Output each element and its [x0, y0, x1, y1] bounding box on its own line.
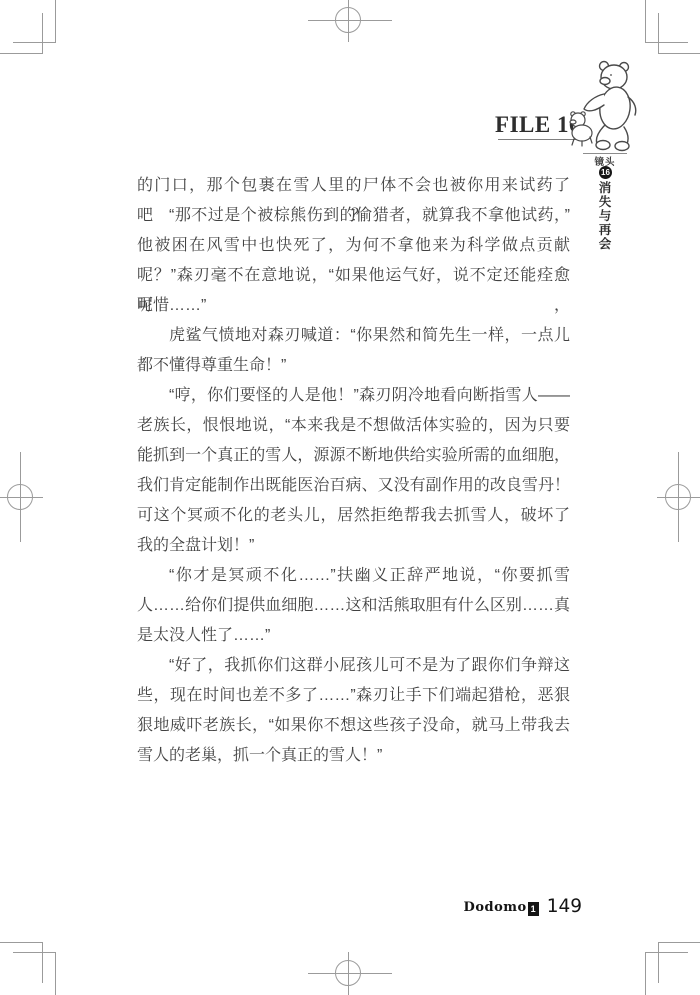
text-line: 雪人的老巢，抓一个真正的雪人！” — [137, 741, 570, 771]
text-line: 狠地威吓老族长，“如果你不想这些孩子没命，就马上带我去 — [137, 711, 570, 741]
crop-mark-top-right-inner — [658, 13, 700, 54]
chapter-title-char: 与 — [589, 209, 621, 223]
text-line: “你才是冥顽不化……”扶幽义正辞严地说，“你要抓雪 — [137, 561, 570, 591]
publisher-logo-mark: 1 — [528, 902, 539, 916]
text-line: 老族长，恨恨地说，“本来我是不想做活体实验的，因为只要 — [137, 411, 570, 441]
text-line: “那不过是个被棕熊伤到的偷猎者，就算我不拿他试药， — [137, 201, 570, 231]
chapter-title-vertical: 消失与再会 — [589, 181, 621, 251]
crop-mark-bottom-right-inner — [658, 942, 700, 983]
crop-mark-bottom-left-inner — [0, 942, 43, 983]
crop-mark-top-left-inner — [0, 13, 43, 54]
text-line: 的门口，那个包裹在雪人里的尸体不会也被你用来试药了吧？” — [137, 171, 570, 201]
text-line: 都不懂得尊重生命！” — [137, 351, 570, 381]
crop-mark-bottom-right-outer — [645, 952, 688, 995]
text-line: 虎鲨气愤地对森刃喊道：“你果然和简先生一样，一点儿 — [137, 321, 570, 351]
crop-mark-bottom-left-outer — [13, 952, 56, 995]
text-line: “哼，你们要怪的人是他！”森刃阴冷地看向断指雪人—— — [137, 381, 570, 411]
chapter-title-char: 消 — [589, 181, 621, 195]
text-line: 是太没人性了……” — [137, 621, 570, 651]
crop-mark-top-left-outer — [13, 0, 56, 43]
chapter-title-char: 会 — [589, 237, 621, 251]
text-line: 些，现在时间也差不多了……”森刃让手下们端起猎枪，恶狠 — [137, 681, 570, 711]
publisher-logo-text: Dodomo — [464, 900, 527, 916]
chapter-title-char: 再 — [589, 223, 621, 237]
text-line: 可这个冥顽不化的老头儿，居然拒绝帮我去抓雪人，破坏了 — [137, 501, 570, 531]
crop-mark-top-right-outer — [645, 0, 688, 43]
text-line: 我们肯定能制作出既能医治百病、又没有副作用的改良雪丹！ — [137, 471, 570, 501]
page-footer: Dodomo 1 149 — [464, 896, 582, 916]
text-line: 他被困在风雪中也快死了，为何不拿他来为科学做点贡献 — [137, 231, 570, 261]
book-page: FILE 16 镜头 16 消失与再会 的门口，那个包裹在雪人里的尸体 — [0, 0, 700, 995]
page-number: 149 — [547, 898, 582, 916]
chapter-number-badge: 16 — [599, 166, 612, 179]
text-line: 人……给你们提供血细胞……这和活熊取胆有什么区别……真 — [137, 591, 570, 621]
text-line: 我的全盘计划！” — [137, 531, 570, 561]
text-line: 能抓到一个真正的雪人，源源不断地供给实验所需的血细胞， — [137, 441, 570, 471]
chapter-title-char: 失 — [589, 195, 621, 209]
text-line: 呢？”森刃毫不在意地说，“如果他运气好，说不定还能痊愈呢， — [137, 261, 570, 291]
teddy-bear-illustration — [558, 53, 670, 153]
body-text: 的门口，那个包裹在雪人里的尸体不会也被你用来试药了吧？”“那不过是个被棕熊伤到的… — [137, 171, 570, 771]
text-line: “好了，我抓你们这群小屁孩儿可不是为了跟你们争辩这 — [137, 651, 570, 681]
